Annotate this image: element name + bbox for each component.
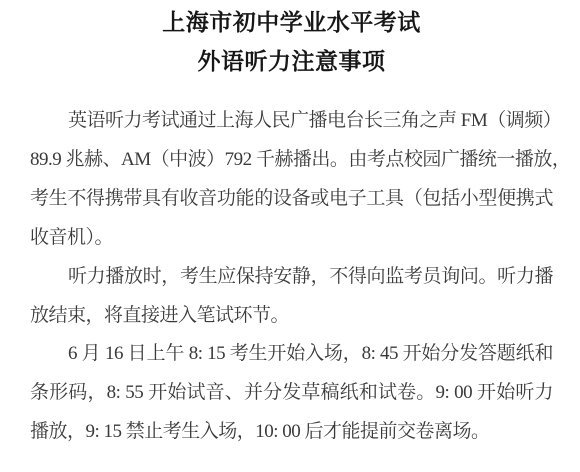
document-title-line-1: 上海市初中学业水平考试 [30,3,553,42]
body-line: 放结束，将直接进入笔试环节。 [30,297,553,336]
body-line: 条形码，8: 55 开始试音、并分发草稿纸和试卷。9: 00 开始听力 [30,374,553,413]
body-line: 考生不得携带具有收音功能的设备或电子工具（包括小型便携式 [30,180,553,219]
body-line: 播放，9: 15 禁止考生入场，10: 00 后才能提前交卷离场。 [30,413,553,452]
body-line: 收音机）。 [30,219,553,258]
body-line: 89.9 兆赫、AM（中波）792 千赫播出。由考点校园广播统一播放， [30,141,553,180]
document-body: 英语听力考试通过上海人民广播电台长三角之声 FM（调频） 89.9 兆赫、AM（… [30,102,553,452]
body-line: 6 月 16 日上午 8: 15 考生开始入场，8: 45 开始分发答题纸和 [30,335,553,374]
body-line: 听力播放时，考生应保持安静，不得向监考员询问。听力播 [30,258,553,297]
document-title-line-2: 外语听力注意事项 [30,42,553,81]
exam-notice-document: 上海市初中学业水平考试 外语听力注意事项 英语听力考试通过上海人民广播电台长三角… [0,0,580,472]
body-line: 英语听力考试通过上海人民广播电台长三角之声 FM（调频） [30,102,553,141]
document-title: 上海市初中学业水平考试 外语听力注意事项 [30,3,553,81]
